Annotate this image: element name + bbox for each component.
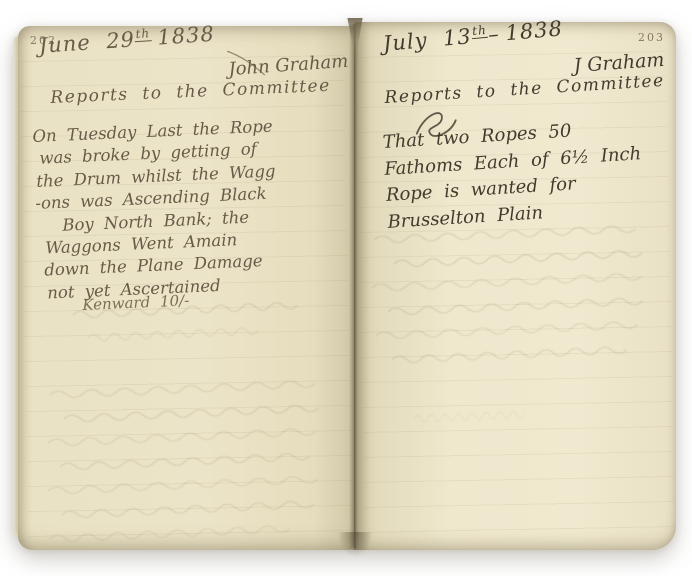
bleed-through-text: [88, 324, 258, 345]
bleed-through-text: [388, 294, 643, 319]
bleed-through-text: [394, 246, 642, 271]
date-ordinal: th: [471, 23, 489, 39]
manuscript-photo: 202 June 29th1838 John Graham Reports to…: [0, 0, 692, 576]
bleed-through-text: [60, 449, 310, 474]
gutter-bottom-shadow: [338, 532, 372, 556]
date-heading-right: July 13th–1838: [382, 16, 564, 56]
date-ordinal: th: [134, 26, 152, 42]
bleed-through-text: [50, 522, 290, 546]
date-year: 1838: [505, 16, 564, 45]
date-heading-left: June 29th1838: [38, 22, 216, 58]
date-separator: –: [487, 22, 501, 47]
bleed-through-text: [64, 401, 319, 426]
date-text: June 29: [38, 27, 136, 58]
bleed-through-text: [48, 472, 318, 498]
report-body-left: On Tuesday Last the Rope was broke by ge…: [32, 115, 281, 305]
bleed-through-text: [48, 424, 316, 450]
bleed-through-text: [376, 318, 638, 343]
open-journal: 202 June 29th1838 John Graham Reports to…: [16, 20, 678, 556]
bleed-through-text: [414, 407, 525, 426]
bleed-through-text: [62, 497, 314, 522]
page-number-right: 203: [638, 31, 665, 44]
bleed-through-text: [392, 343, 627, 367]
date-text: July 13: [382, 24, 473, 56]
left-page: 202 June 29th1838 John Graham Reports to…: [18, 26, 354, 550]
right-page: 203 July 13th–1838 J Graham Reports to t…: [354, 22, 676, 550]
bleed-through-text: [372, 269, 642, 295]
report-body-right: That two Ropes 50 Fathoms Each of 6½ Inc…: [382, 114, 645, 236]
date-year: 1838: [157, 22, 216, 50]
bleed-through-text: [50, 376, 315, 402]
